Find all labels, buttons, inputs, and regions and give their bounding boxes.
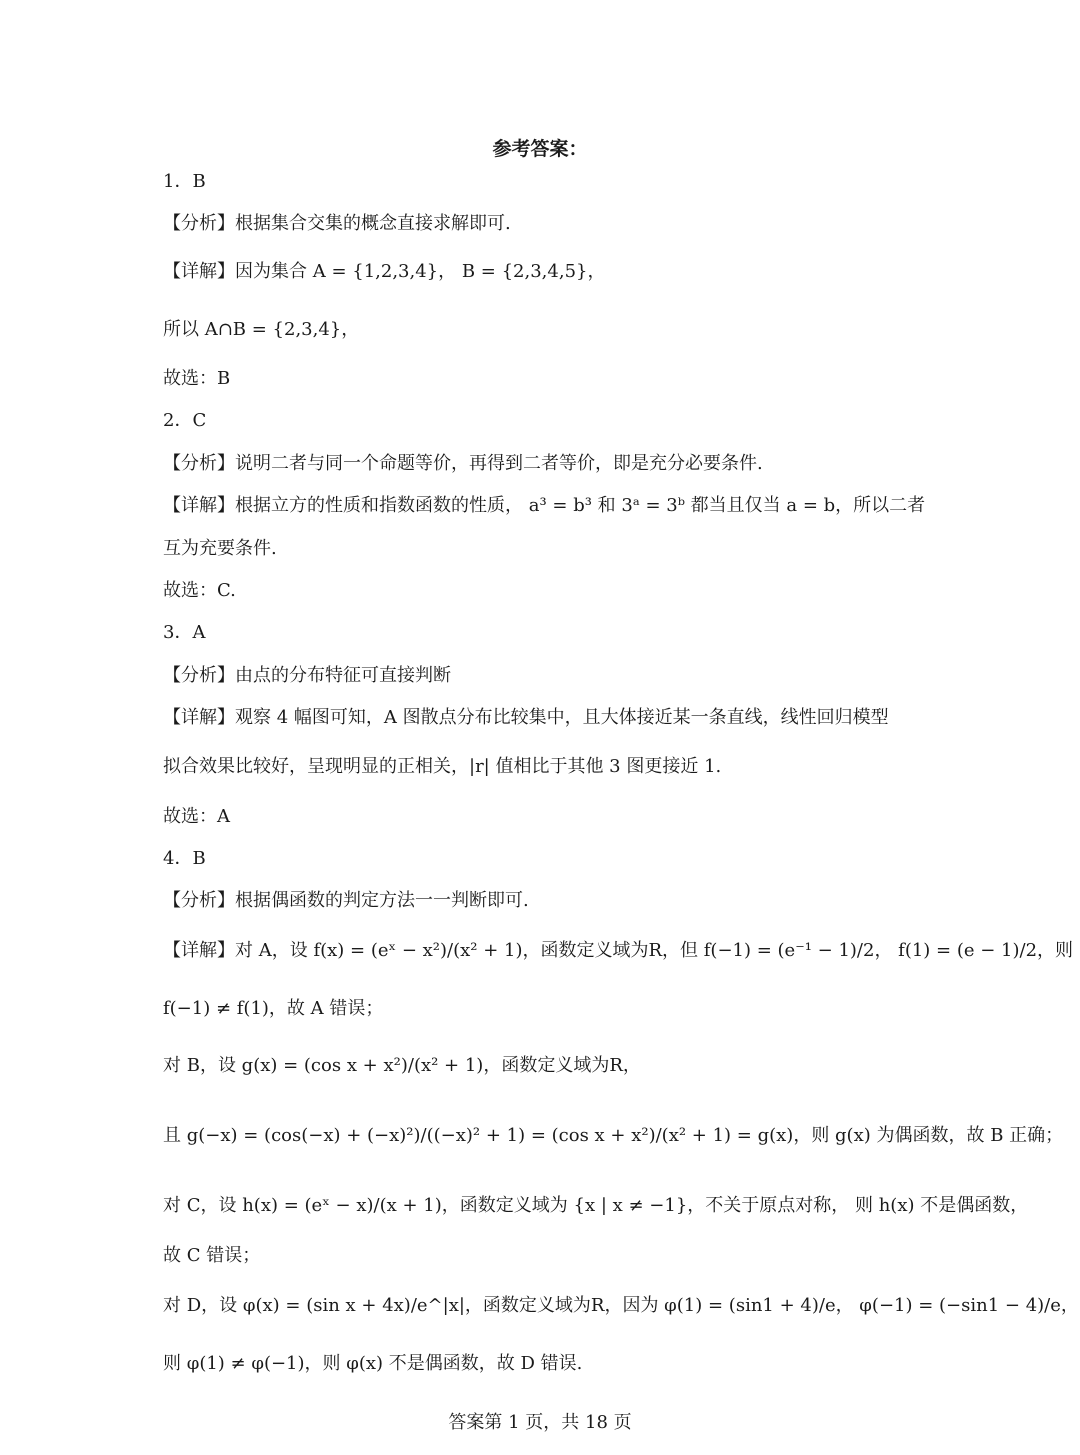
q1-analysis: 【分析】根据集合交集的概念直接求解即可.	[163, 212, 511, 236]
q1-answer: 1．B	[163, 170, 206, 194]
q4-detail-b1: 对 B，设 g(x) = (cos x + x²)/(x² + 1)，函数定义域…	[163, 1054, 641, 1078]
q2-choice: 故选：C.	[163, 579, 236, 603]
q2-detail-1: 【详解】根据立方的性质和指数函数的性质， a³ = b³ 和 3ᵃ = 3ᵇ 都…	[163, 494, 925, 518]
q1-detail-2: 所以 A∩B = {2,3,4}，	[163, 318, 359, 342]
q4-detail-a1: 【详解】对 A，设 f(x) = (eˣ − x²)/(x² + 1)，函数定义…	[163, 939, 1073, 963]
q2-analysis: 【分析】说明二者与同一个命题等价，再得到二者等价，即是充分必要条件.	[163, 452, 763, 476]
page-footer: 答案第 1 页，共 18 页	[0, 1408, 1080, 1434]
q3-choice: 故选：A	[163, 805, 230, 829]
q3-analysis: 【分析】由点的分布特征可直接判断	[163, 664, 451, 688]
q4-detail-c2: 故 C 错误；	[163, 1244, 260, 1268]
q1-detail-1: 【详解】因为集合 A = {1,2,3,4}， B = {2,3,4,5}，	[163, 260, 605, 284]
q4-detail-a2: f(−1) ≠ f(1)，故 A 错误；	[163, 997, 383, 1021]
q2-detail-2: 互为充要条件.	[163, 537, 277, 561]
q3-detail-1: 【详解】观察 4 幅图可知，A 图散点分布比较集中，且大体接近某一条直线，线性回…	[163, 706, 889, 730]
page-title: 参考答案：	[0, 134, 1080, 161]
q3-detail-2: 拟合效果比较好，呈现明显的正相关，|r| 值相比于其他 3 图更接近 1.	[163, 755, 721, 779]
q4-detail-d1: 对 D，设 φ(x) = (sin x + 4x)/e^|x|，函数定义域为R，…	[163, 1294, 1079, 1318]
q4-analysis: 【分析】根据偶函数的判定方法一一判断即可.	[163, 889, 529, 913]
q2-answer: 2．C	[163, 409, 206, 433]
q1-choice: 故选：B	[163, 367, 230, 391]
q4-detail-c1: 对 C，设 h(x) = (eˣ − x)/(x + 1)，函数定义域为 {x …	[163, 1194, 1028, 1218]
q4-detail-d2: 则 φ(1) ≠ φ(−1)，则 φ(x) 不是偶函数，故 D 错误.	[163, 1352, 582, 1376]
q4-detail-b2: 且 g(−x) = (cos(−x) + (−x)²)/((−x)² + 1) …	[163, 1124, 1063, 1148]
q3-answer: 3．A	[163, 621, 205, 645]
q4-answer: 4．B	[163, 847, 206, 871]
